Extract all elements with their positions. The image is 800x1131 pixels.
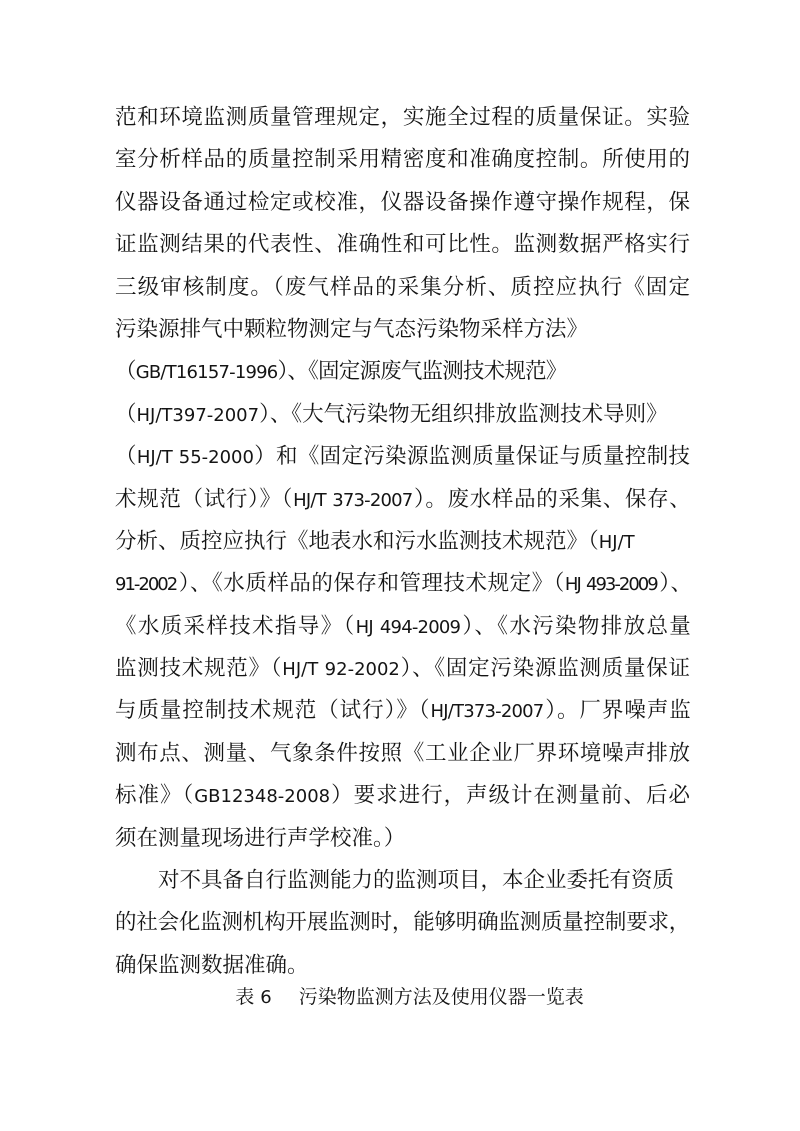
text-line: 仪器设备通过检定或校准，仪器设备操作遵守操作规程，保: [115, 182, 690, 224]
table-caption-title: 污染物监测方法及使用仪器一览表: [299, 986, 584, 1008]
text-line: 须在测量现场进行声学校准。）: [115, 818, 690, 860]
text-line: 的社会化监测机构开展监测时，能够明确监测质量控制要求，: [115, 902, 690, 944]
text-line: （GB/T16157-1996）、《固定源废气监测技术规范》: [115, 351, 690, 393]
text-line: 室分析样品的质量控制采用精密度和准确度控制。所使用的: [115, 139, 690, 181]
text-line: 91-2002）、《水质样品的保存和管理技术规定》（HJ 493-2009）、: [115, 563, 690, 605]
text-line: 《水质采样技术指导》（HJ 494-2009）、《水污染物排放总量: [115, 606, 690, 648]
table-caption: 表 6污染物监测方法及使用仪器一览表: [115, 980, 690, 1015]
text-line: 标准》（GB12348-2008）要求进行，声级计在测量前、后必: [115, 775, 690, 817]
text-line: 分析、质控应执行《地表水和污水监测技术规范》（HJ/T: [115, 521, 690, 563]
table-caption-number: 表 6: [235, 986, 272, 1008]
text-line: 三级审核制度。（废气样品的采集分析、质控应执行《固定: [115, 267, 690, 309]
text-line: 监测技术规范》（HJ/T 92-2002）、《固定污染源监测质量保证: [115, 648, 690, 690]
text-line: 与质量控制技术规范（试行）》（HJ/T373-2007）。厂界噪声监: [115, 690, 690, 732]
text-line: 术规范（试行）》（HJ/T 373-2007）。废水样品的采集、保存、: [115, 479, 690, 521]
text-line: 证监测结果的代表性、准确性和可比性。监测数据严格实行: [115, 224, 690, 266]
text-line: 对不具备自行监测能力的监测项目，本企业委托有资质: [115, 860, 690, 902]
document-body: 范和环境监测质量管理规定，实施全过程的质量保证。实验 室分析样品的质量控制采用精…: [115, 97, 690, 987]
text-line: 污染源排气中颗粒物测定与气态污染物采样方法》: [115, 309, 690, 351]
text-line: （HJ/T397-2007）、《大气污染物无组织排放监测技术导则》: [115, 394, 690, 436]
text-line: 范和环境监测质量管理规定，实施全过程的质量保证。实验: [115, 97, 690, 139]
text-line: （HJ/T 55-2000）和《固定污染源监测质量保证与质量控制技: [115, 436, 690, 478]
document-page: 范和环境监测质量管理规定，实施全过程的质量保证。实验 室分析样品的质量控制采用精…: [0, 0, 800, 1131]
text-line: 测布点、测量、气象条件按照《工业企业厂界环境噪声排放: [115, 733, 690, 775]
